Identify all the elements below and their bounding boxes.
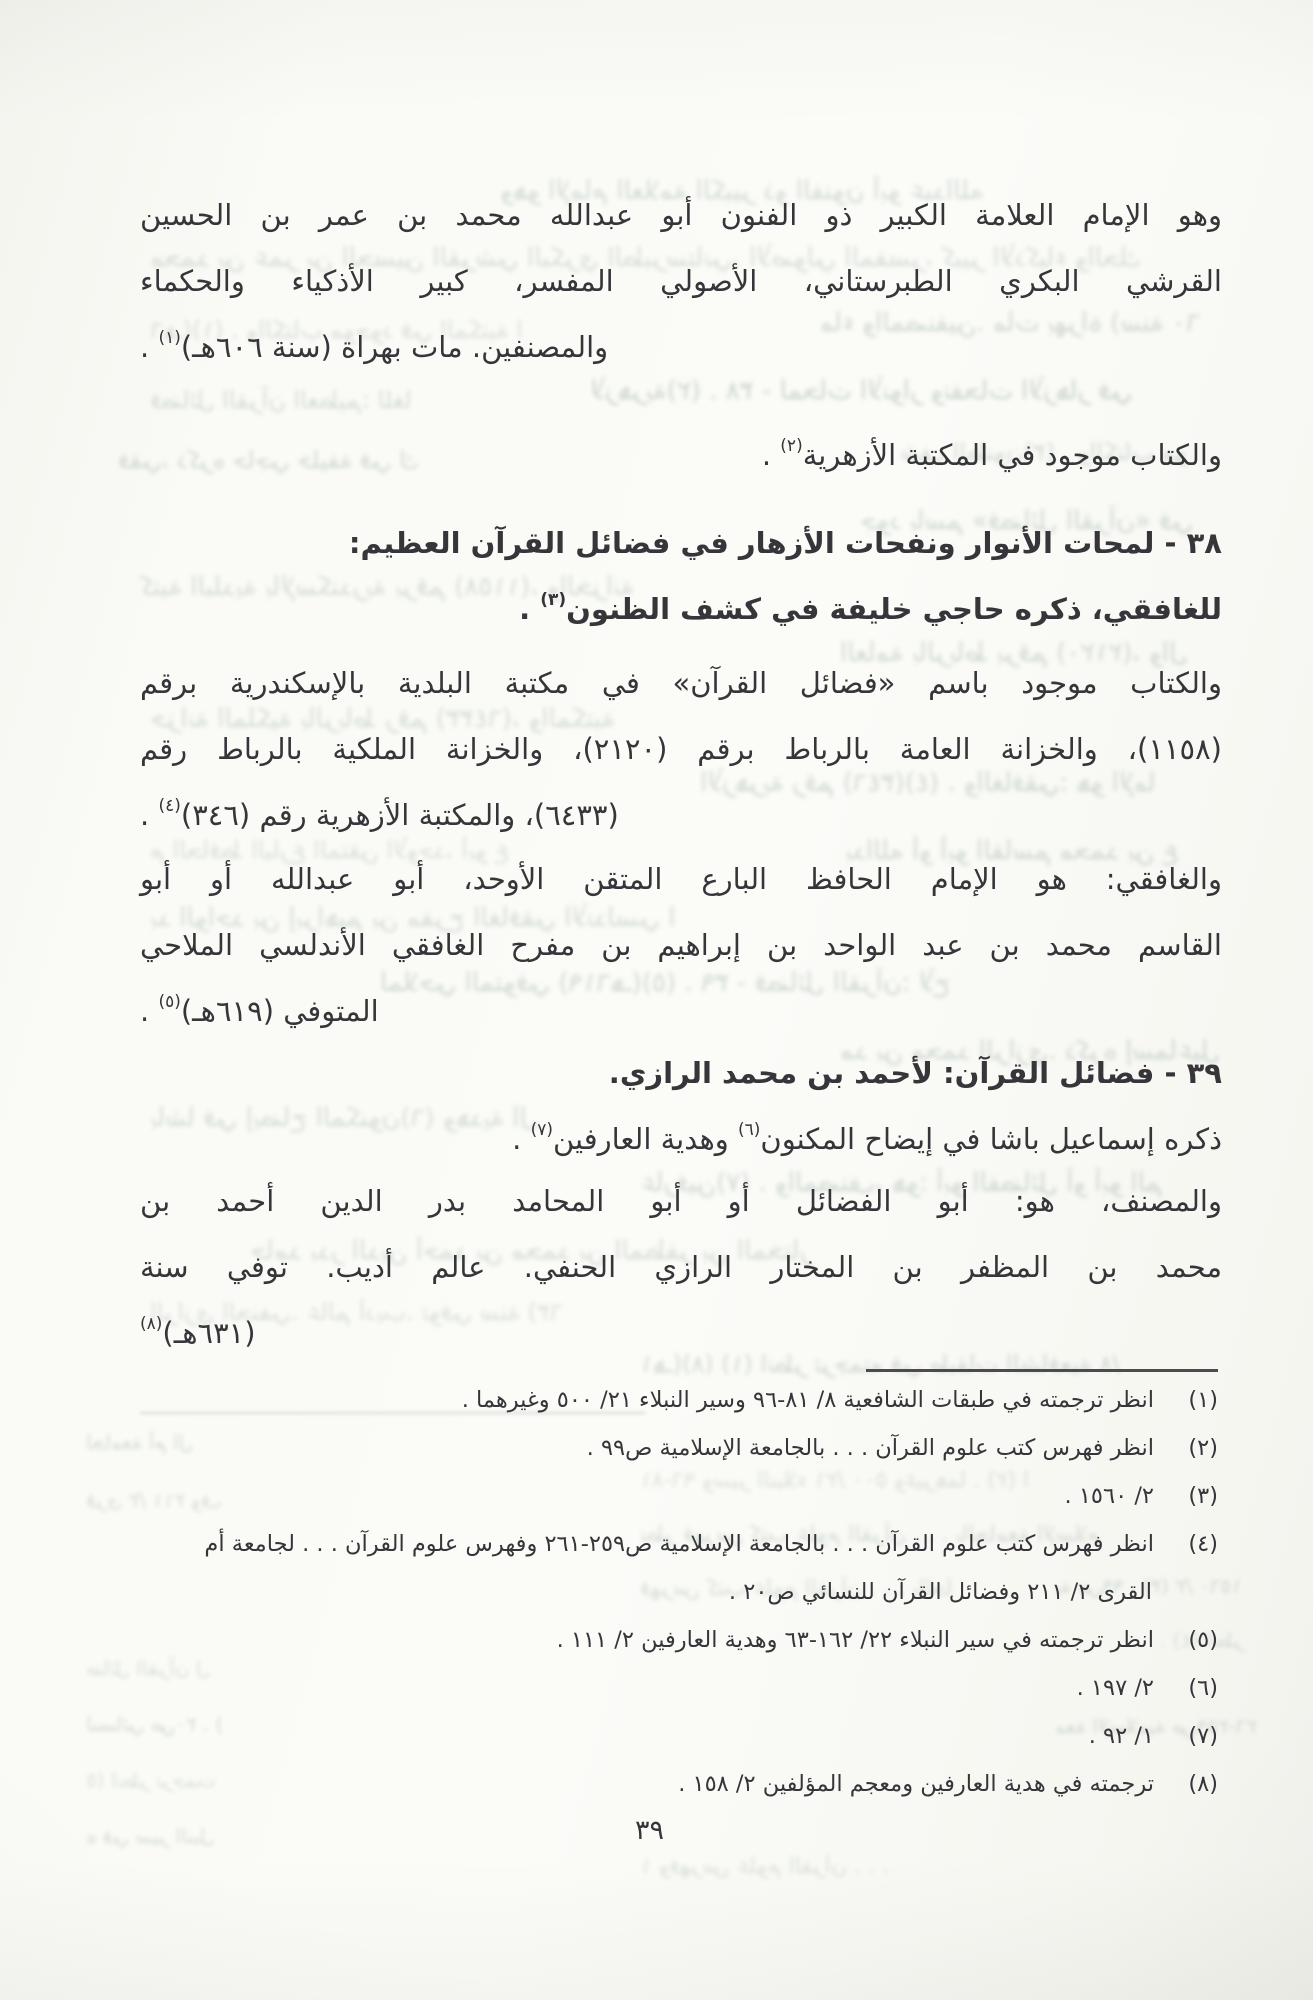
page-number: ٣٩ [0,1806,1299,1856]
footnote: (٨)ترجمته في هدية العارفين ومعجم المؤلفي… [140,1760,1218,1808]
entry-heading: ٣٨ - لمحات الأنوار ونفحات الأزهار في فضا… [140,510,1222,642]
text-line: والكتاب موجود في المكتبة الأزهرية(٢) . [140,422,1222,488]
footnote-number: (١) [1170,1376,1218,1424]
footnote: (١)انظر ترجمته في طبقات الشافعية ٨/ ٨١-٩… [140,1376,1218,1424]
text-line: والغافقي: هو الإمام الحافظ البارع المتقن… [140,846,1222,912]
body-paragraph: والكتاب موجود باسم «فضائل القرآن» في مكت… [140,650,1222,848]
footnote-reference: (٨) [140,1314,162,1334]
book-page: وهو الإمام العلامة الكبير ذو الفنون أبو … [0,0,1313,2000]
footnote-line: (٨)ترجمته في هدية العارفين ومعجم المؤلفي… [140,1760,1218,1808]
footnote-number: (٢) [1170,1424,1218,1472]
footnote-line: (٢)انظر فهرس كتب علوم القرآن . . . بالجا… [140,1424,1218,1472]
footnote-reference: (٧) [531,1120,553,1140]
text-line: (٦٣١هـ)(٨) [140,1300,1222,1366]
footnote-line: (١)انظر ترجمته في طبقات الشافعية ٨/ ٨١-٩… [140,1376,1218,1424]
footnote-reference: (٣) [540,590,566,610]
body-paragraph: وهو الإمام العلامة الكبير ذو الفنون أبو … [140,182,1222,380]
text-line: المتوفي (٦١٩هـ)(٥) . [140,978,1222,1044]
footnote: (٥)انظر ترجمته في سير النبلاء ٢٢/ ١٦٢-٦٣… [140,1616,1218,1664]
footnote-line: (٣)٢/ ١٥٦٠ . [140,1472,1218,1520]
footnote: (٦)٢/ ١٩٧ . [140,1664,1218,1712]
footnote-line: (٤)انظر فهرس كتب علوم القرآن . . . بالجا… [140,1520,1218,1568]
text-line: ٣٨ - لمحات الأنوار ونفحات الأزهار في فضا… [140,510,1222,576]
footnote-number: (٨) [1170,1760,1218,1808]
footnote-number: (٦) [1170,1664,1218,1712]
text-line: والمصنف، هو: أبو الفضائل أو أبو المحامد … [140,1168,1222,1234]
text-line: والكتاب موجود باسم «فضائل القرآن» في مكت… [140,650,1222,716]
footnote-line: (٥)انظر ترجمته في سير النبلاء ٢٢/ ١٦٢-٦٣… [140,1616,1218,1664]
footnote: (٤)انظر فهرس كتب علوم القرآن . . . بالجا… [140,1520,1218,1616]
bleed-through-text: ١ وفهرس علوم القرآن . . . [640,1854,940,1880]
footnote: (٧)١/ ٩٢ . [140,1712,1218,1760]
body-paragraph: والغافقي: هو الإمام الحافظ البارع المتقن… [140,846,1222,1044]
text-line: محمد بن المظفر بن المختار الرازي الحنفي.… [140,1234,1222,1300]
body-paragraph: ذكره إسماعيل باشا في إيضاح المكنون(٦) وه… [140,1106,1222,1172]
footnote-reference: (٤) [158,796,180,816]
text-line: والمصنفين. مات بهراة (سنة ٦٠٦هـ)(١) . [140,314,1222,380]
footnote-number: (٣) [1170,1472,1218,1520]
text-line: (٦٤٣٣)، والمكتبة الأزهرية رقم (٣٤٦)(٤) . [140,782,1222,848]
text-line: القاسم محمد بن عبد الواحد بن إبراهيم بن … [140,912,1222,978]
footnote-line: (٦)٢/ ١٩٧ . [140,1664,1218,1712]
footnote-reference: (٢) [780,436,802,456]
footnote: (٢)انظر فهرس كتب علوم القرآن . . . بالجا… [140,1424,1218,1472]
footnote: (٣)٢/ ١٥٦٠ . [140,1472,1218,1520]
footnote-separator-rule [866,1369,1218,1372]
footnote-number: (٥) [1170,1616,1218,1664]
footnote-reference: (١) [158,328,180,348]
entry-heading: ٣٩ - فضائل القرآن: لأحمد بن محمد الرازي. [140,1040,1222,1106]
text-line: وهو الإمام العلامة الكبير ذو الفنون أبو … [140,182,1222,248]
text-line: القرشي البكري الطبرستاني، الأصولي المفسر… [140,248,1222,314]
text-line: ذكره إسماعيل باشا في إيضاح المكنون(٦) وه… [140,1106,1222,1172]
body-paragraph: والمصنف، هو: أبو الفضائل أو أبو المحامد … [140,1168,1222,1366]
main-text-column: وهو الإمام العلامة الكبير ذو الفنون أبو … [140,182,1222,1366]
footnote-number: (٧) [1170,1712,1218,1760]
footnotes-section: (١)انظر ترجمته في طبقات الشافعية ٨/ ٨١-٩… [140,1376,1218,1808]
footnote-reference: (٦) [738,1120,760,1140]
footnote-number: (٤) [1170,1520,1218,1568]
footnote-reference: (٥) [158,992,180,1012]
footnote-line: (٧)١/ ٩٢ . [140,1712,1218,1760]
text-line: (١١٥٨)، والخزانة العامة بالرباط برقم (٢١… [140,716,1222,782]
text-line: ٣٩ - فضائل القرآن: لأحمد بن محمد الرازي. [140,1040,1222,1106]
body-paragraph: والكتاب موجود في المكتبة الأزهرية(٢) . [140,422,1222,488]
text-line: للغافقي، ذكره حاجي خليفة في كشف الظنون(٣… [140,576,1222,642]
footnote-line: القرى ٢/ ٢١١ وفضائل القرآن للنسائي ص٢٠ . [140,1568,1218,1616]
